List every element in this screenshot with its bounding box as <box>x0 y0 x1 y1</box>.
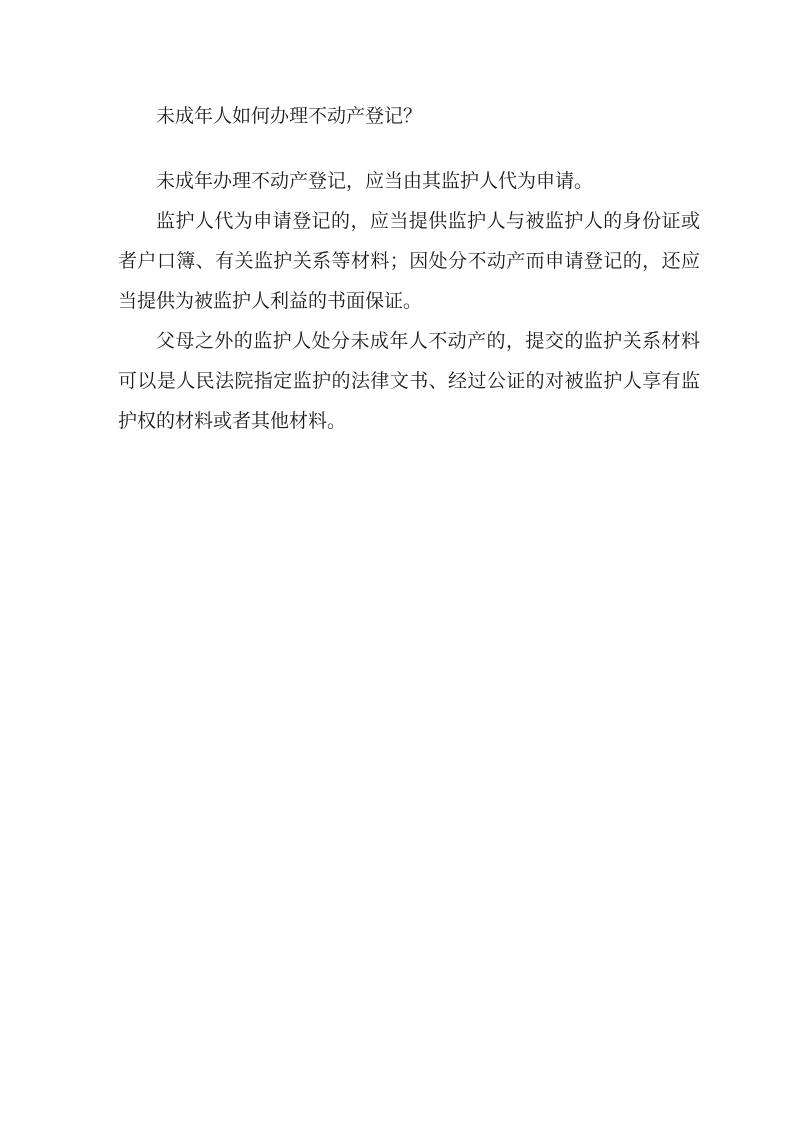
document-page: 未成年人如何办理不动产登记？ 未成年办理不动产登记，应当由其监护人代为申请。 监… <box>0 0 793 1122</box>
document-title: 未成年人如何办理不动产登记？ <box>118 97 700 137</box>
document-text-block: 未成年人如何办理不动产登记？ 未成年办理不动产登记，应当由其监护人代为申请。 监… <box>118 97 700 442</box>
paragraph-1: 未成年办理不动产登记，应当由其监护人代为申请。 <box>118 162 700 202</box>
paragraph-2: 监护人代为申请登记的，应当提供监护人与被监护人的身份证或者户口簿、有关监护关系等… <box>118 202 700 322</box>
paragraph-3: 父母之外的监护人处分未成年人不动产的，提交的监护关系材料可以是人民法院指定监护的… <box>118 322 700 442</box>
